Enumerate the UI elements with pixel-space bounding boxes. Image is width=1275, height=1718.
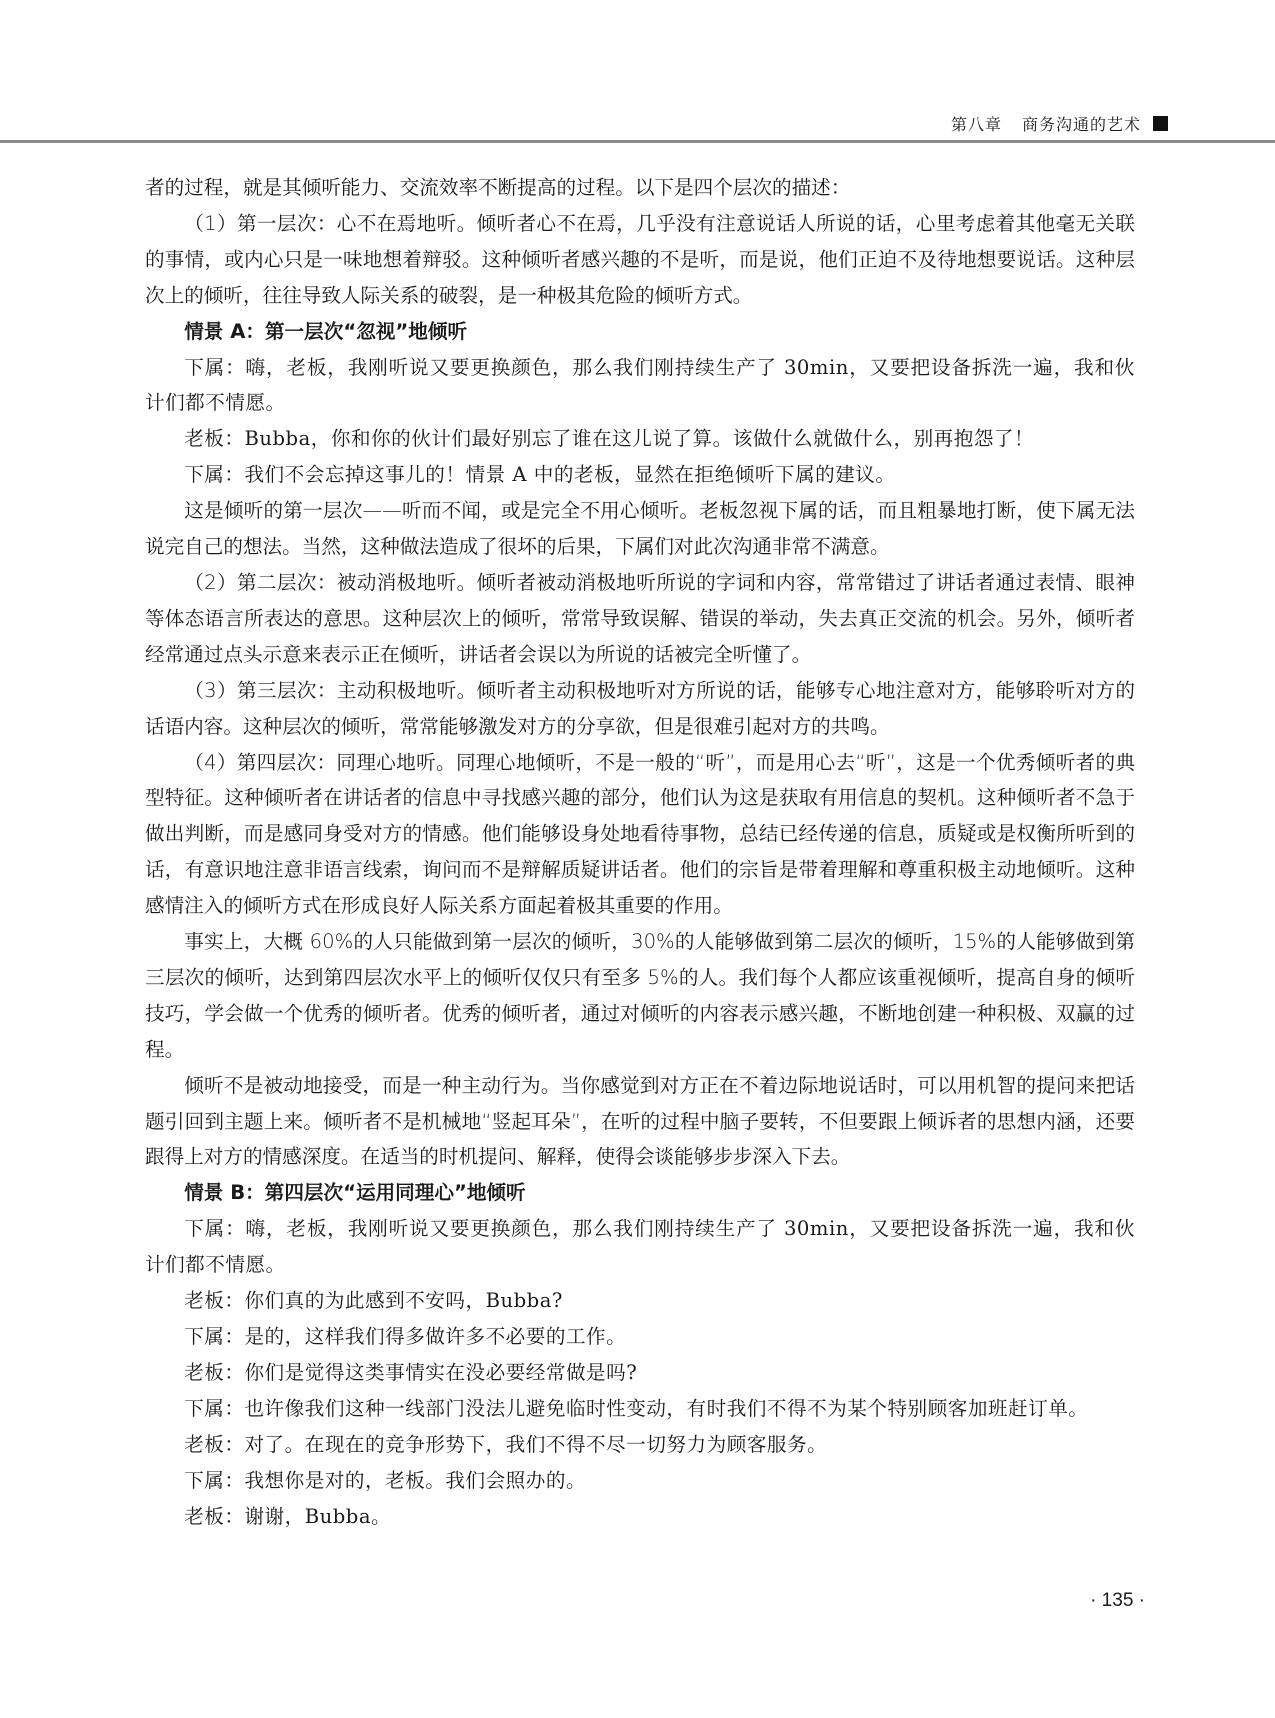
dialog-line: 老板：你们是觉得这类事情实在没必要经常做是吗? [145,1355,1135,1391]
dialog-line: 老板：Bubba，你和你的伙计们最好别忘了谁在这儿说了算。该做什么就做什么，别再… [145,421,1135,457]
dialog-line: 老板：对了。在现在的竞争形势下，我们不得不尽一切努力为顾客服务。 [145,1427,1135,1463]
dialog-line: 下属：是的，这样我们得多做许多不必要的工作。 [145,1319,1135,1355]
paragraph-level-4: （4）第四层次：同理心地听。同理心地倾听，不是一般的“听”，而是用心去“听”，这… [145,745,1135,925]
dialog-line: 老板：你们真的为此感到不安吗，Bubba? [145,1283,1135,1319]
dialog-line: 下属：我们不会忘掉这事儿的！情景 A 中的老板，显然在拒绝倾听下属的建议。 [145,457,1135,493]
dialog-line: 下属：也许像我们这种一线部门没法儿避免临时性变动，有时我们不得不为某个特别顾客加… [145,1391,1135,1427]
header-divider [0,140,1275,143]
chapter-number: 第八章 [951,112,1002,135]
dialog-line: 下属：嗨，老板，我刚听说又要更换颜色，那么我们刚持续生产了 30min，又要把设… [145,1211,1135,1283]
page-number: · 135 · [1090,1590,1145,1612]
dialog-line: 下属：嗨，老板，我刚听说又要更换颜色，那么我们刚持续生产了 30min，又要把设… [145,350,1135,422]
page-body: 者的过程，就是其倾听能力、交流效率不断提高的过程。以下是四个层次的描述： （1）… [145,170,1135,1534]
paragraph: 倾听不是被动地接受，而是一种主动行为。当你感觉到对方正在不着边际地说话时，可以用… [145,1068,1135,1176]
dialog-line: 老板：谢谢，Bubba。 [145,1499,1135,1535]
square-marker-icon [1153,116,1168,131]
scenario-a-heading: 情景 A：第一层次“忽视”地倾听 [145,314,1135,350]
running-header: 第八章 商务沟通的艺术 [951,112,1168,135]
paragraph: 者的过程，就是其倾听能力、交流效率不断提高的过程。以下是四个层次的描述： [145,170,1135,206]
paragraph-level-3: （3）第三层次：主动积极地听。倾听者主动积极地听对方所说的话，能够专心地注意对方… [145,673,1135,745]
paragraph: 这是倾听的第一层次——听而不闻，或是完全不用心倾听。老板忽视下属的话，而且粗暴地… [145,493,1135,565]
paragraph-statistics: 事实上，大概 60%的人只能做到第一层次的倾听，30%的人能够做到第二层次的倾听… [145,924,1135,1068]
paragraph-level-1: （1）第一层次：心不在焉地听。倾听者心不在焉，几乎没有注意说话人所说的话，心里考… [145,206,1135,314]
paragraph-level-2: （2）第二层次：被动消极地听。倾听者被动消极地听所说的字词和内容，常常错过了讲话… [145,565,1135,673]
scenario-b-heading: 情景 B：第四层次“运用同理心”地倾听 [145,1175,1135,1211]
chapter-title: 商务沟通的艺术 [1022,112,1141,135]
dialog-line: 下属：我想你是对的，老板。我们会照办的。 [145,1463,1135,1499]
